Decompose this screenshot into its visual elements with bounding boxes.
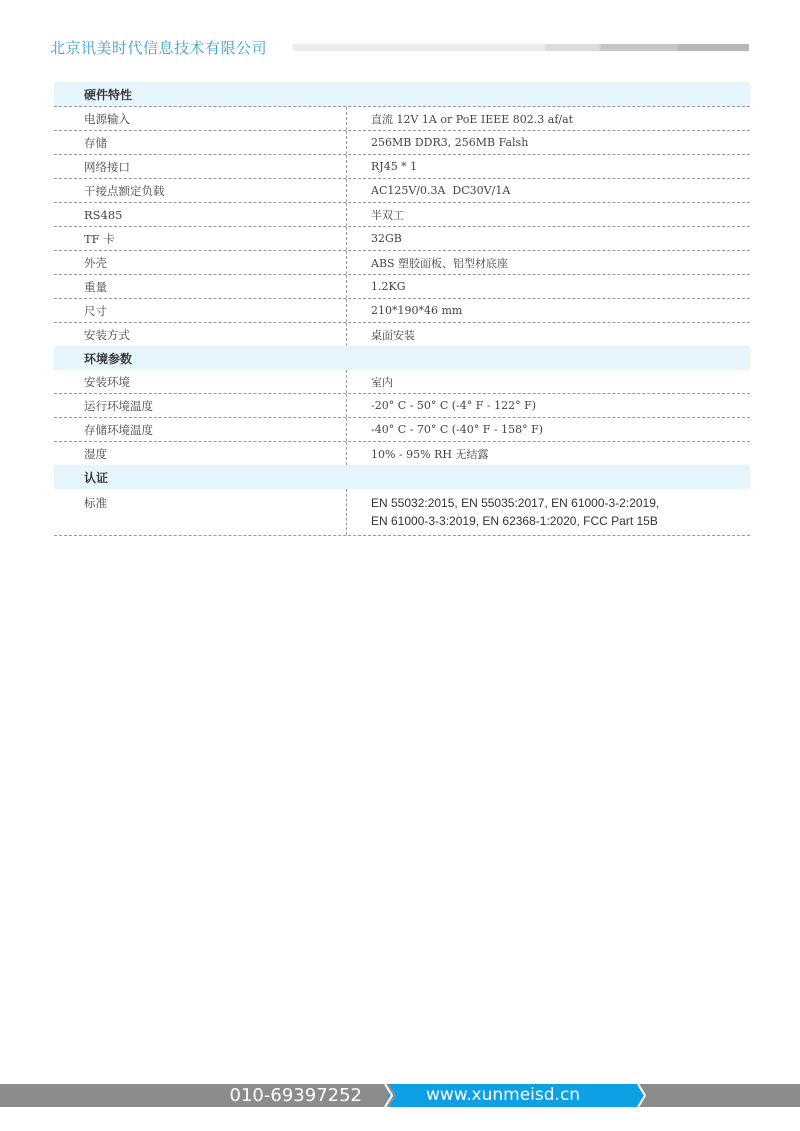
section-header-environment: 环境参数 (54, 346, 750, 370)
page-footer: 010-69397252 www.xunmeisd.cn (0, 1084, 800, 1107)
section-header-certification: 认证 (54, 465, 750, 489)
table-row: 干接点额定负载 AC125V/0.3A DC30V/1A (54, 179, 750, 203)
table-row: 外壳 ABS 塑胶面板、铝型材底座 (54, 251, 750, 275)
table-row: 安装环境 室内 (54, 370, 750, 394)
section-title: 硬件特性 (54, 86, 132, 103)
spec-value: 10% - 95% RH 无结露 (347, 442, 750, 465)
table-row: 电源输入 直流 12V 1A or PoE IEEE 802.3 af/at (54, 107, 750, 131)
table-row: 尺寸 210*190*46 mm (54, 299, 750, 323)
footer-phone-bar: 010-69397252 (0, 1084, 388, 1107)
table-row: 安装方式 桌面安装 (54, 323, 750, 346)
spec-label: TF 卡 (54, 227, 347, 250)
spec-label: 安装方式 (54, 323, 347, 346)
chevron-right-icon (633, 1084, 647, 1107)
section-header-hardware: 硬件特性 (54, 82, 750, 107)
spec-value: 室内 (347, 370, 750, 393)
chevron-right-icon (383, 1084, 397, 1107)
spec-label: 网络接口 (54, 155, 347, 178)
spec-value: -40° C - 70° C (-40° F - 158° F) (347, 418, 750, 441)
spec-label: 存储 (54, 131, 347, 154)
spec-value: -20° C - 50° C (-4° F - 122° F) (347, 394, 750, 417)
spec-value: 256MB DDR3, 256MB Falsh (347, 131, 750, 154)
spec-value: RJ45 * 1 (347, 155, 750, 178)
spec-label: 外壳 (54, 251, 347, 274)
spec-value: AC125V/0.3A DC30V/1A (347, 179, 750, 202)
table-row: 网络接口 RJ45 * 1 (54, 155, 750, 179)
header-decorative-bar (293, 44, 749, 51)
spec-value: 32GB (347, 227, 750, 250)
spec-value: 桌面安装 (347, 323, 750, 346)
spec-value: EN 55032:2015, EN 55035:2017, EN 61000-3… (347, 489, 750, 535)
table-row: TF 卡 32GB (54, 227, 750, 251)
spec-value: ABS 塑胶面板、铝型材底座 (347, 251, 750, 274)
spec-value: 210*190*46 mm (347, 299, 750, 322)
spec-label: 干接点额定负载 (54, 179, 347, 202)
spec-label: 存储环境温度 (54, 418, 347, 441)
spec-label: 电源输入 (54, 107, 347, 130)
table-row: RS485 半双工 (54, 203, 750, 227)
spec-label: 重量 (54, 275, 347, 298)
company-name: 北京讯美时代信息技术有限公司 (50, 37, 267, 58)
spec-value: 半双工 (347, 203, 750, 226)
table-row: 湿度 10% - 95% RH 无结露 (54, 442, 750, 465)
table-row: 存储环境温度 -40° C - 70° C (-40° F - 158° F) (54, 418, 750, 442)
spec-value: 直流 12V 1A or PoE IEEE 802.3 af/at (347, 107, 750, 130)
section-title: 认证 (54, 469, 108, 486)
spec-value-line: EN 61000-3-3:2019, EN 62368-1:2020, FCC … (371, 512, 658, 530)
footer-phone: 010-69397252 (230, 1084, 362, 1107)
spec-label: 尺寸 (54, 299, 347, 322)
table-row: 标准 EN 55032:2015, EN 55035:2017, EN 6100… (54, 489, 750, 536)
spec-label: RS485 (54, 203, 347, 226)
spec-value-line: EN 55032:2015, EN 55035:2017, EN 61000-3… (371, 494, 659, 512)
table-row: 存储 256MB DDR3, 256MB Falsh (54, 131, 750, 155)
spec-label: 湿度 (54, 442, 347, 465)
table-row: 重量 1.2KG (54, 275, 750, 299)
footer-right-bar (638, 1084, 800, 1107)
spec-value: 1.2KG (347, 275, 750, 298)
footer-website-bar: www.xunmeisd.cn (388, 1084, 638, 1107)
section-title: 环境参数 (54, 350, 132, 367)
footer-website: www.xunmeisd.cn (426, 1084, 580, 1107)
spec-label: 安装环境 (54, 370, 347, 393)
table-row: 运行环境温度 -20° C - 50° C (-4° F - 122° F) (54, 394, 750, 418)
spec-table: 硬件特性 电源输入 直流 12V 1A or PoE IEEE 802.3 af… (54, 82, 750, 536)
spec-label: 运行环境温度 (54, 394, 347, 417)
spec-label: 标准 (54, 489, 347, 535)
